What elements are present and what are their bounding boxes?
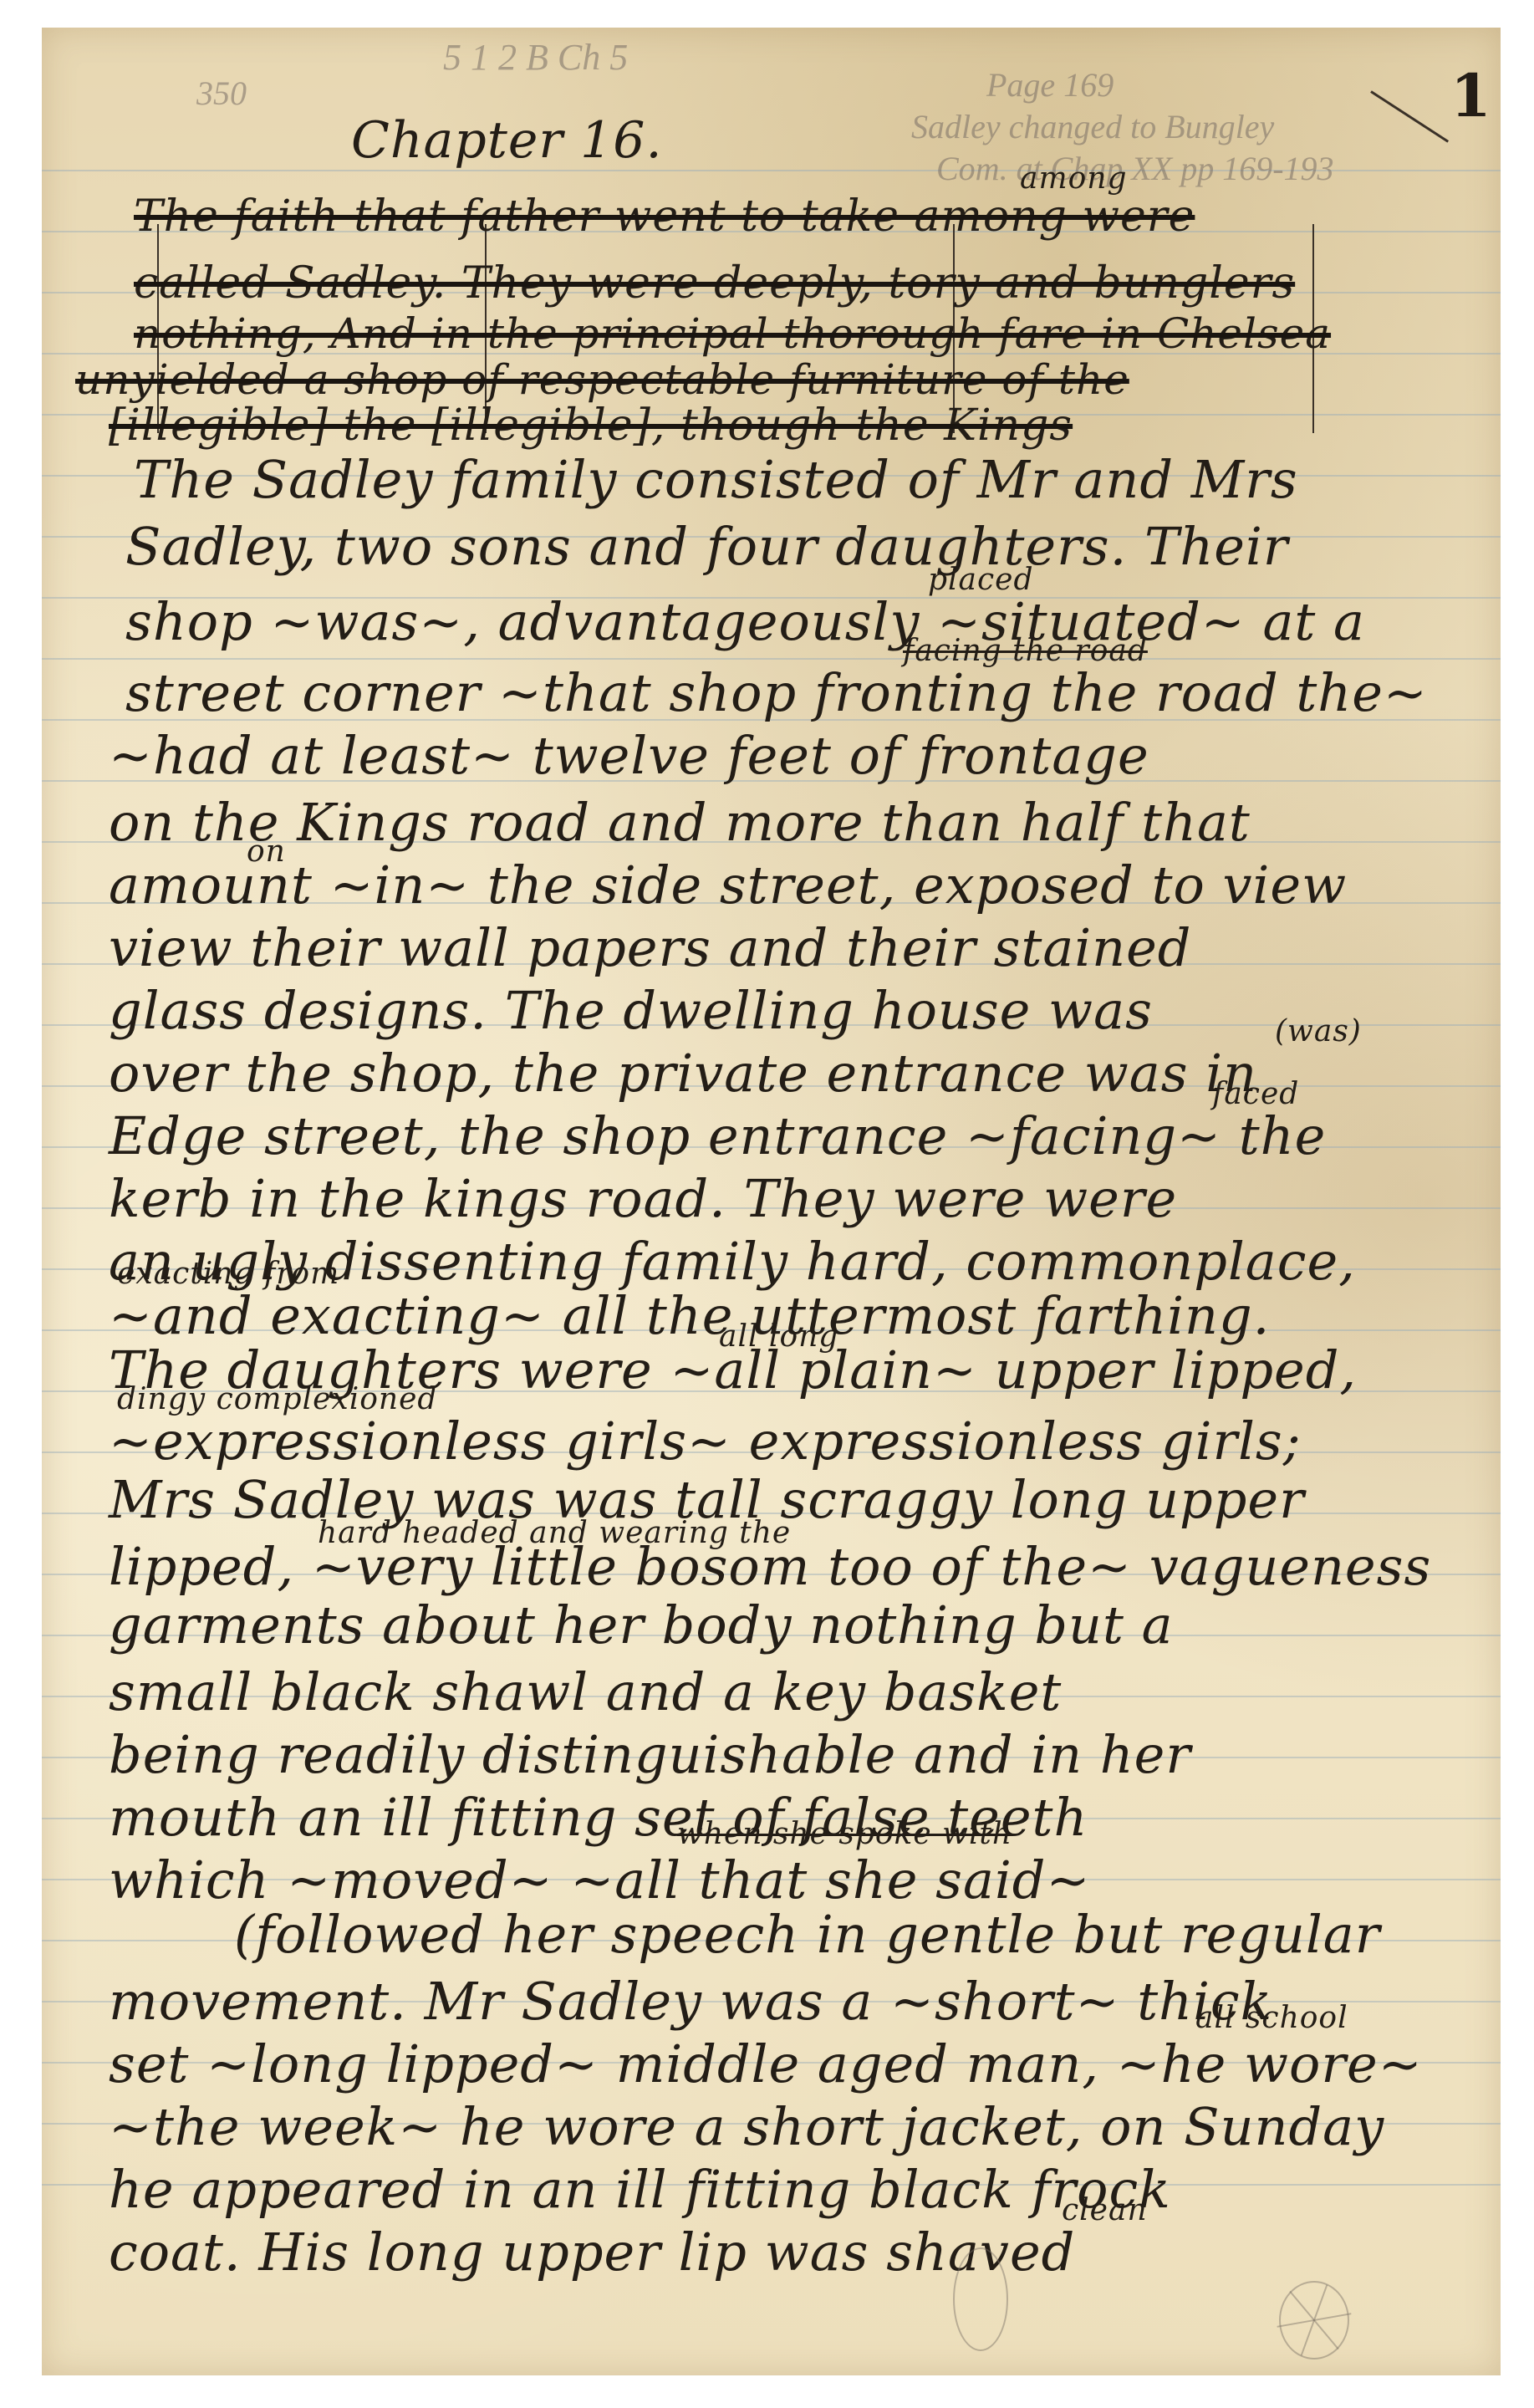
arrow-mark xyxy=(1370,90,1449,142)
chapter-title: Chapter 16. xyxy=(351,111,663,170)
page-number: 1 xyxy=(1450,61,1492,130)
line-insertion: when she spoke with xyxy=(677,1817,1012,1851)
manuscript-line: coat. His long upper lip was shaved xyxy=(109,2227,1075,2278)
cancelled-line: The faith that father went to take among… xyxy=(134,191,1195,242)
manuscript-line: which ~moved~ ~all that she said~ xyxy=(109,1854,1090,1906)
manuscript-line: street corner ~that shop fronting the ro… xyxy=(125,667,1428,719)
manuscript-line: lipped, ~very little bosom too of the~ v… xyxy=(109,1541,1431,1593)
manuscript-line: set ~long lipped~ middle aged man, ~he w… xyxy=(109,2038,1423,2090)
pencil-oval-doodle xyxy=(953,2247,1008,2351)
manuscript-page: 350 5 1 2 B Ch 5 Page 169 Sadley changed… xyxy=(42,28,1501,2375)
manuscript-line: movement. Mr Sadley was a ~short~ thick xyxy=(109,1976,1272,2028)
cancelled-line: [illegible] the [illegible], though the … xyxy=(109,400,1073,451)
pencil-wheel-doodle xyxy=(1279,2281,1349,2360)
cancelled-line: called Sadley. They were deeply, tory an… xyxy=(134,258,1295,309)
pencil-note-top-left: 350 xyxy=(196,74,247,113)
manuscript-line: garments about her body nothing but a xyxy=(109,1599,1174,1651)
pencil-note-top-center: 5 1 2 B Ch 5 xyxy=(443,36,628,79)
manuscript-line: ~and exacting~ all the uttermost farthin… xyxy=(109,1290,1270,1342)
manuscript-line: over the shop, the private entrance was … xyxy=(109,1048,1257,1099)
manuscript-line: shop ~was~, advantageously ~situated~ at… xyxy=(125,596,1365,648)
manuscript-line: The Sadley family consisted of Mr and Mr… xyxy=(134,454,1298,506)
line-insertion: all school xyxy=(1195,2001,1348,2035)
pencil-note-page-ref: Page 169 xyxy=(986,65,1114,105)
manuscript-line: being readily distinguishable and in her xyxy=(109,1729,1191,1781)
manuscript-line: view their wall papers and their stained xyxy=(109,922,1191,974)
ruled-line xyxy=(42,658,1501,660)
manuscript-line: small black shawl and a key basket xyxy=(109,1666,1062,1718)
manuscript-line: ~the week~ he wore a short jacket, on Su… xyxy=(109,2101,1384,2153)
manuscript-line: he appeared in an ill fitting black froc… xyxy=(109,2164,1171,2216)
manuscript-line: glass designs. The dwelling house was xyxy=(109,985,1153,1037)
manuscript-line: (followed her speech in gentle but regul… xyxy=(234,1909,1380,1961)
pencil-note-comment: Com. at Chap XX pp 169-193 xyxy=(936,149,1334,188)
line-insertion: (was) xyxy=(1275,1014,1362,1048)
manuscript-line: ~expressionless girls~ expressionless gi… xyxy=(109,1416,1302,1467)
manuscript-line: amount ~in~ the side street, exposed to … xyxy=(109,860,1347,911)
manuscript-line: Edge street, the shop entrance ~facing~ … xyxy=(109,1110,1326,1162)
cancelled-line: unyielded a shop of respectable furnitur… xyxy=(75,354,1129,406)
pencil-note-name-change: Sadley changed to Bungley xyxy=(911,107,1274,146)
manuscript-line: kerb in the kings road. They were were xyxy=(109,1173,1177,1225)
manuscript-line: ~had at least~ twelve feet of frontage xyxy=(109,730,1149,782)
manuscript-line: Sadley, two sons and four daughters. The… xyxy=(125,521,1288,573)
cancelled-line: nothing, And in the principal thorough f… xyxy=(134,308,1331,360)
